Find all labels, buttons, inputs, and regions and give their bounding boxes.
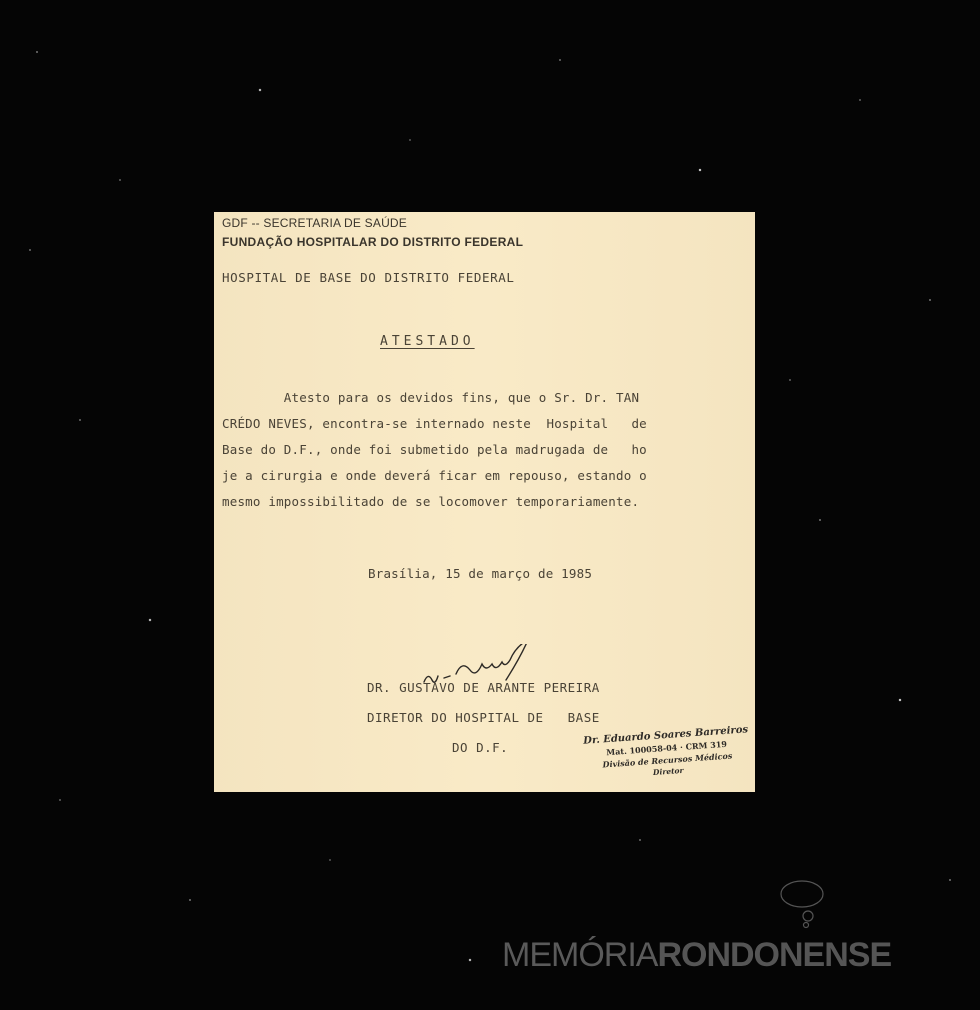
body-line: Base do D.F., onde foi submetido pela ma… bbox=[222, 442, 752, 457]
body-line: je a cirurgia e onde deverá ficar em rep… bbox=[222, 468, 752, 483]
body-line: Atesto para os devidos fins, que o Sr. D… bbox=[222, 390, 752, 405]
header-foundation: FUNDAÇÃO HOSPITALAR DO DISTRITO FEDERAL bbox=[222, 235, 523, 249]
body-line: CRÉDO NEVES, encontra-se internado neste… bbox=[222, 416, 752, 431]
logo-bold-text: RONDONENSE bbox=[657, 936, 891, 974]
logo-light-text: MEMÓRIA bbox=[502, 936, 657, 974]
doctor-stamp: Dr. Eduardo Soares Barreiros Mat. 100058… bbox=[581, 724, 754, 784]
place-and-date: Brasília, 15 de março de 1985 bbox=[368, 566, 592, 581]
signatory-title: DIRETOR DO HOSPITAL DE BASE bbox=[367, 710, 600, 725]
signatory-name: DR. GUSTAVO DE ARANTE PEREIRA bbox=[367, 680, 600, 695]
body-line: mesmo impossibilitado de se locomover te… bbox=[222, 494, 752, 509]
document-title: ATESTADO bbox=[380, 334, 475, 349]
header-hospital: HOSPITAL DE BASE DO DISTRITO FEDERAL bbox=[222, 270, 515, 285]
medical-certificate-document: GDF -- SECRETARIA DE SAÚDE FUNDAÇÃO HOSP… bbox=[214, 212, 755, 792]
thought-bubble-icon bbox=[778, 880, 828, 930]
header-agency: GDF -- SECRETARIA DE SAÚDE bbox=[222, 216, 407, 230]
signatory-title-cont: DO D.F. bbox=[452, 740, 508, 755]
watermark-logo: MEMÓRIARONDONENSE bbox=[502, 936, 891, 975]
